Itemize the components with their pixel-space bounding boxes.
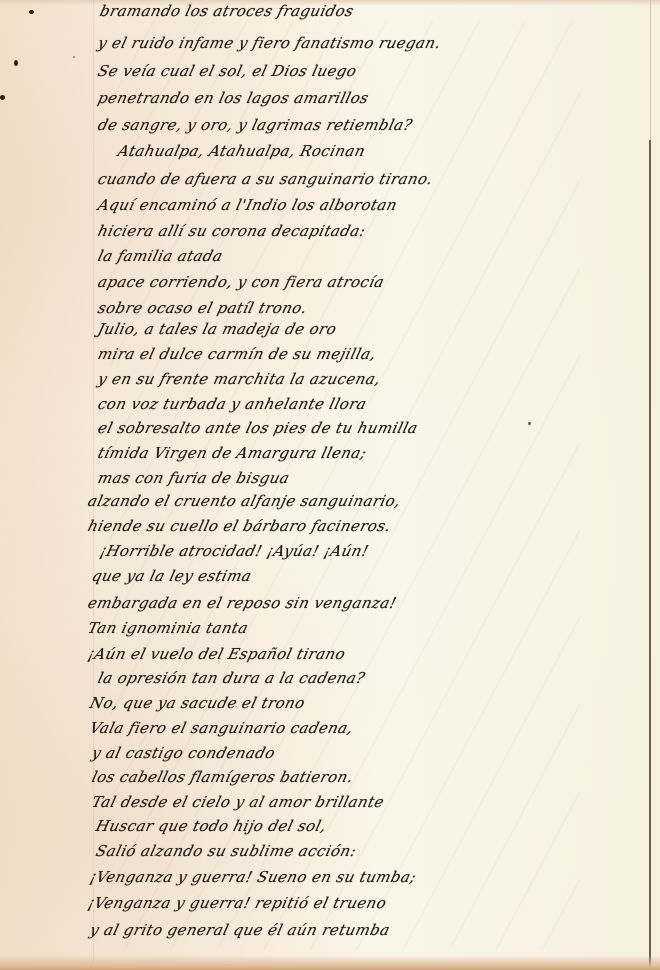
manuscript-line: Tal desde el cielo y al amor brillante: [90, 793, 386, 811]
manuscript-line: sobre ocaso el patíl trono.: [96, 299, 309, 317]
manuscript-line: Atahualpa, Atahualpa, Rocinan: [116, 142, 367, 160]
manuscript-line: y en su frente marchita la azucena,: [96, 370, 383, 388]
manuscript-line: Huscar que todo hijo del sol,: [94, 817, 328, 835]
manuscript-line: Salió alzando su sublime acción:: [94, 842, 358, 860]
manuscript-line: y al grito general que él aún retumba: [88, 921, 392, 939]
manuscript-line: penetrando en los lagos amarillos: [96, 89, 371, 107]
manuscript-line: bramando los atroces fraguidos: [98, 2, 356, 20]
manuscript-line: mira el dulce carmín de su mejilla,: [96, 345, 378, 363]
manuscript-line: ¡Venganza y guerra! repitió el trueno: [86, 894, 389, 912]
manuscript-line: y al castigo condenado: [90, 744, 277, 762]
manuscript-line: Aquí encaminó a l'Indio los alborotan: [96, 196, 399, 214]
manuscript-line: No, que ya sacude el trono: [88, 694, 307, 712]
manuscript-line: Tan ignominia tanta: [86, 619, 250, 637]
manuscript-line: embargada en el reposo sin venganza!: [86, 594, 399, 612]
manuscript-line: Julio, a tales la madeja de oro: [96, 320, 339, 338]
manuscript-line: los cabellos flamígeros batieron.: [90, 768, 355, 786]
manuscript-line: hiende su cuello el bárbaro facineros.: [86, 517, 393, 535]
manuscript-line: alzando el cruento alfanje sanguinario,: [86, 492, 403, 510]
manuscript-line: y el ruido infame y fiero fanatismo rueg…: [96, 34, 443, 52]
manuscript-line: con voz turbada y anhelante llora: [96, 395, 369, 413]
manuscript-line: la familia atada: [96, 247, 225, 265]
manuscript-line: cuando de afuera a su sanguinario tirano…: [96, 170, 435, 188]
handwritten-text-body: bramando los atroces fraguidos y el ruid…: [0, 0, 660, 970]
manuscript-line: que ya la ley estima: [90, 567, 254, 585]
manuscript-line: ¡Venganza y guerra! Sueno en su tumba;: [88, 868, 418, 886]
manuscript-line: Vala fiero el sanguinario cadena,: [88, 719, 355, 737]
manuscript-line: apace corriendo, y con fiera atrocía: [96, 273, 386, 291]
manuscript-line: ¡Horrible atrocidad! ¡Ayúa! ¡Aún!: [98, 542, 371, 560]
manuscript-line: hiciera allí su corona decapitada:: [96, 222, 368, 240]
manuscript-line: Se veía cual el sol, el Dios luego: [96, 62, 359, 80]
manuscript-line: mas con furia de bisgua: [96, 469, 292, 487]
manuscript-line: la opresión tan dura a la cadena?: [96, 669, 367, 687]
manuscript-line: de sangre, y oro, y lagrimas retiembla?: [96, 116, 414, 134]
manuscript-line: el sobresalto ante los pies de tu humill…: [96, 419, 420, 437]
manuscript-line: ¡Aún el vuelo del Español tirano: [86, 645, 347, 663]
manuscript-line: tímida Virgen de Amargura llena;: [96, 444, 369, 462]
